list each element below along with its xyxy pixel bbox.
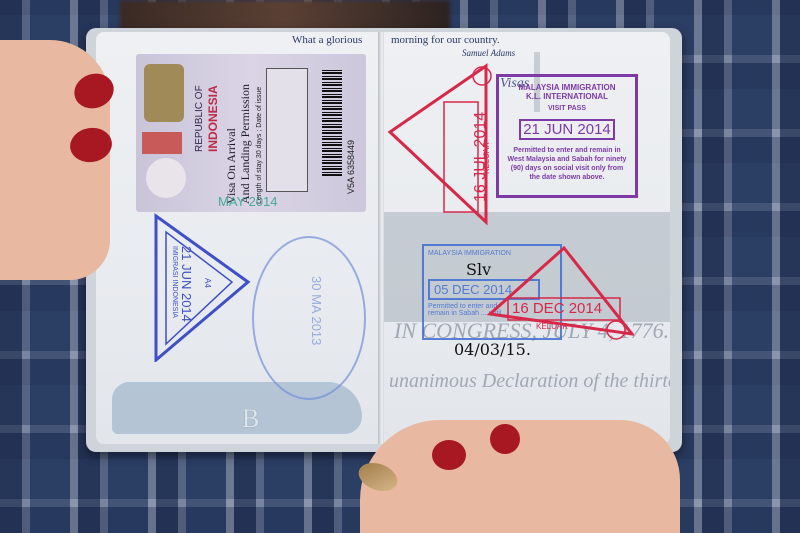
visa-number: V5A 6358449 (346, 140, 356, 194)
barcode-icon (322, 68, 342, 176)
quote-left: What a glorious (292, 34, 362, 46)
visa-country-label: REPUBLIC OF (194, 85, 205, 152)
quote-author: Samuel Adams (462, 48, 515, 58)
canada-entry-stamp: 30 MA 2013 (252, 236, 366, 400)
visa-country: INDONESIA (206, 85, 220, 152)
purple-stamp-pass-type: VISIT PASS (505, 104, 629, 113)
malaysia-exit-dec-date: 16 DEC 2014 (512, 300, 602, 317)
visa-photo-box (266, 68, 308, 192)
visa-title-line1: Visa On Arrival (224, 128, 239, 204)
indonesia-visa-sticker: REPUBLIC OF INDONESIA Visa On Arrival An… (136, 54, 366, 212)
passport: B REPUBLIC OF INDONESIA Visa On Arrival … (84, 26, 684, 454)
garuda-emblem-icon (146, 158, 186, 198)
indonesia-exit-date: 21 JUN 2014 (179, 246, 194, 322)
malaysia-exit-stamp-dec: 16 DEC 2014 KELUAR (484, 244, 634, 344)
purple-stamp-date: 21 JUN 2014 (519, 119, 615, 140)
indonesia-exit-text: IMIGRASI INDONESIA (171, 246, 178, 318)
visa-fine-print: Length of stay 30 days ; Date of issue (256, 87, 263, 204)
handwritten-date: 04/03/15. (454, 340, 531, 359)
malaysia-exit-dec-action: KELUAR (536, 322, 568, 331)
fingernail (490, 424, 520, 454)
canada-stamp-date: 30 MA 2013 (309, 276, 324, 345)
malaysia-entry-stamp-jun: MALAYSIA IMMIGRATION K.L. INTERNATIONAL … (496, 74, 638, 198)
right-hand (360, 420, 680, 533)
purple-stamp-conditions: Permitted to enter and remain in West Ma… (505, 146, 629, 182)
passport-left-page: B REPUBLIC OF INDONESIA Visa On Arrival … (96, 32, 380, 444)
fingernail (432, 440, 466, 470)
indonesia-exit-stamp: 21 JUN 2014 IMIGRASI INDONESIA A4 (152, 212, 252, 362)
quote-right: morning for our country. (391, 34, 500, 46)
handwritten-initials: Slv (466, 260, 491, 279)
visa-overstamp-date: MAY 2014 (218, 194, 278, 209)
malaysia-exit-jul-action: KELUAR (482, 142, 491, 174)
page-letter: B (242, 404, 259, 434)
visa-hologram-icon (144, 64, 184, 122)
purple-stamp-header1: MALAYSIA IMMIGRATION (505, 83, 629, 92)
flag-stripe (142, 132, 182, 154)
background-declaration-text: The unanimous Declaration of the thirtee… (384, 370, 670, 393)
purple-stamp-header2: K.L. INTERNATIONAL (505, 92, 629, 101)
indonesia-exit-code: A4 (203, 278, 212, 288)
visa-title-line2: And Landing Permission (238, 84, 253, 204)
malaysia-exit-stamp-jul: 16 JUL 2014 KELUAR (386, 62, 496, 226)
